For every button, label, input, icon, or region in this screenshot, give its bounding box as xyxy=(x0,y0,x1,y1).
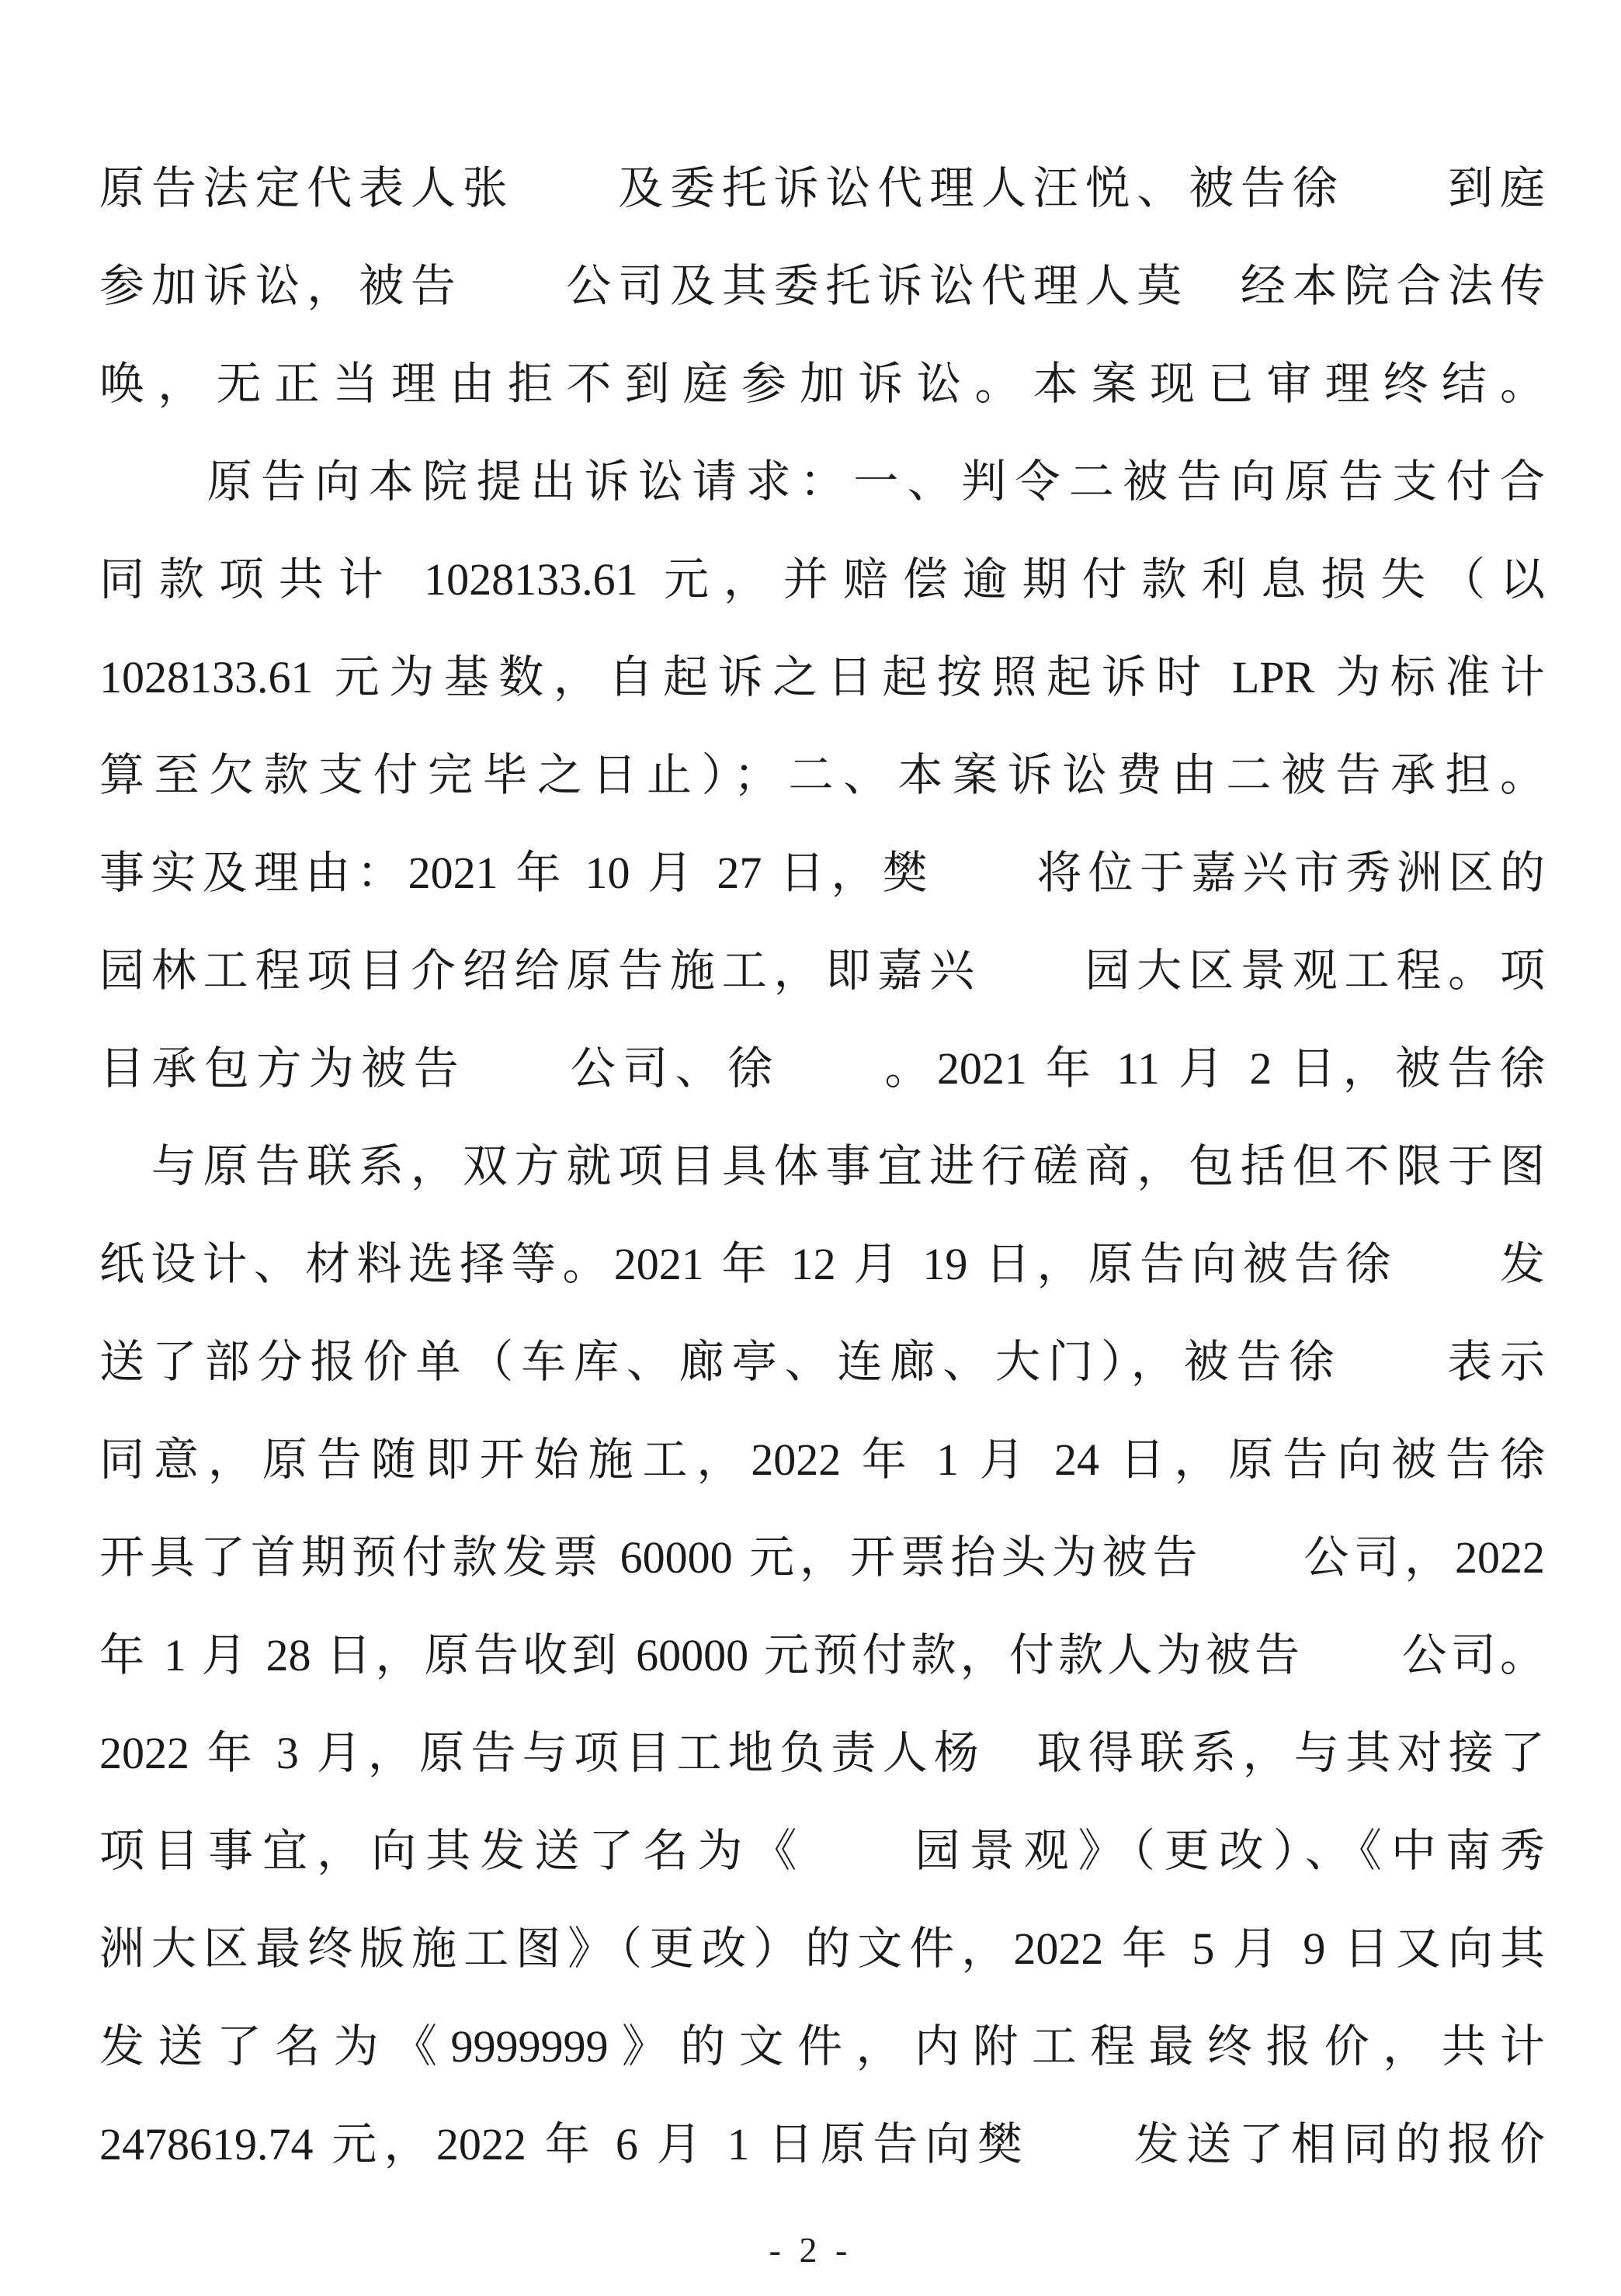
text-line: 2022 年 3 月，原告与项目工地负责人杨 取得联系，与其对接了 xyxy=(99,1705,1545,1802)
text-line: 纸设计、材料选择等。2021 年 12 月 19 日，原告向被告徐 发 xyxy=(99,1216,1545,1313)
text-line: 开具了首期预付款发票 60000 元，开票抬头为被告 公司，2022 xyxy=(99,1509,1545,1607)
text-line: 原告法定代表人张 及委托诉讼代理人汪悦、被告徐 到庭 xyxy=(99,140,1545,238)
text-line: 2478619.74 元，2022 年 6 月 1 日原告向樊 发送了相同的报价 xyxy=(99,2096,1545,2194)
text-line: 算至欠款支付完毕之日止）；二、本案诉讼费由二被告承担。 xyxy=(99,727,1545,824)
page-number: - 2 - xyxy=(0,2229,1621,2270)
text-line: 目承包方为被告 公司、徐 。2021 年 11 月 2 日，被告徐 xyxy=(99,1020,1545,1118)
text-line: 原告向本院提出诉讼请求：一、判令二被告向原告支付合 xyxy=(99,433,1545,531)
text-line: 项目事宜，向其发送了名为《 园景观》（更改）、《中南秀 xyxy=(99,1802,1545,1900)
judgment-body-text: 原告法定代表人张 及委托诉讼代理人汪悦、被告徐 到庭 参加诉讼，被告 公司及其委… xyxy=(99,140,1545,2194)
text-line: 年 1 月 28 日，原告收到 60000 元预付款，付款人为被告 公司。 xyxy=(99,1607,1545,1705)
text-line: 与原告联系，双方就项目具体事宜进行磋商，包括但不限于图 xyxy=(99,1118,1545,1216)
text-line: 1028133.61 元为基数，自起诉之日起按照起诉时 LPR 为标准计 xyxy=(99,629,1545,727)
text-line: 同意，原告随即开始施工，2022 年 1 月 24 日，原告向被告徐 xyxy=(99,1411,1545,1509)
text-line: 参加诉讼，被告 公司及其委托诉讼代理人莫 经本院合法传 xyxy=(99,238,1545,335)
text-line: 事实及理由：2021 年 10 月 27 日，樊 将位于嘉兴市秀洲区的 xyxy=(99,824,1545,922)
document-page: 原告法定代表人张 及委托诉讼代理人汪悦、被告徐 到庭 参加诉讼，被告 公司及其委… xyxy=(0,0,1621,2296)
text-line: 洲大区最终版施工图》（更改）的文件，2022 年 5 月 9 日又向其 xyxy=(99,1900,1545,1998)
text-line: 发送了名为《9999999》的文件，内附工程最终报价，共计 xyxy=(99,1998,1545,2096)
text-line: 唤，无正当理由拒不到庭参加诉讼。本案现已审理终结。 xyxy=(99,335,1545,433)
text-line: 送了部分报价单（车库、廊亭、连廊、大门），被告徐 表示 xyxy=(99,1313,1545,1411)
text-line: 同款项共计 1028133.61 元，并赔偿逾期付款利息损失（以 xyxy=(99,531,1545,629)
text-line: 园林工程项目介绍给原告施工，即嘉兴 园大区景观工程。项 xyxy=(99,922,1545,1020)
